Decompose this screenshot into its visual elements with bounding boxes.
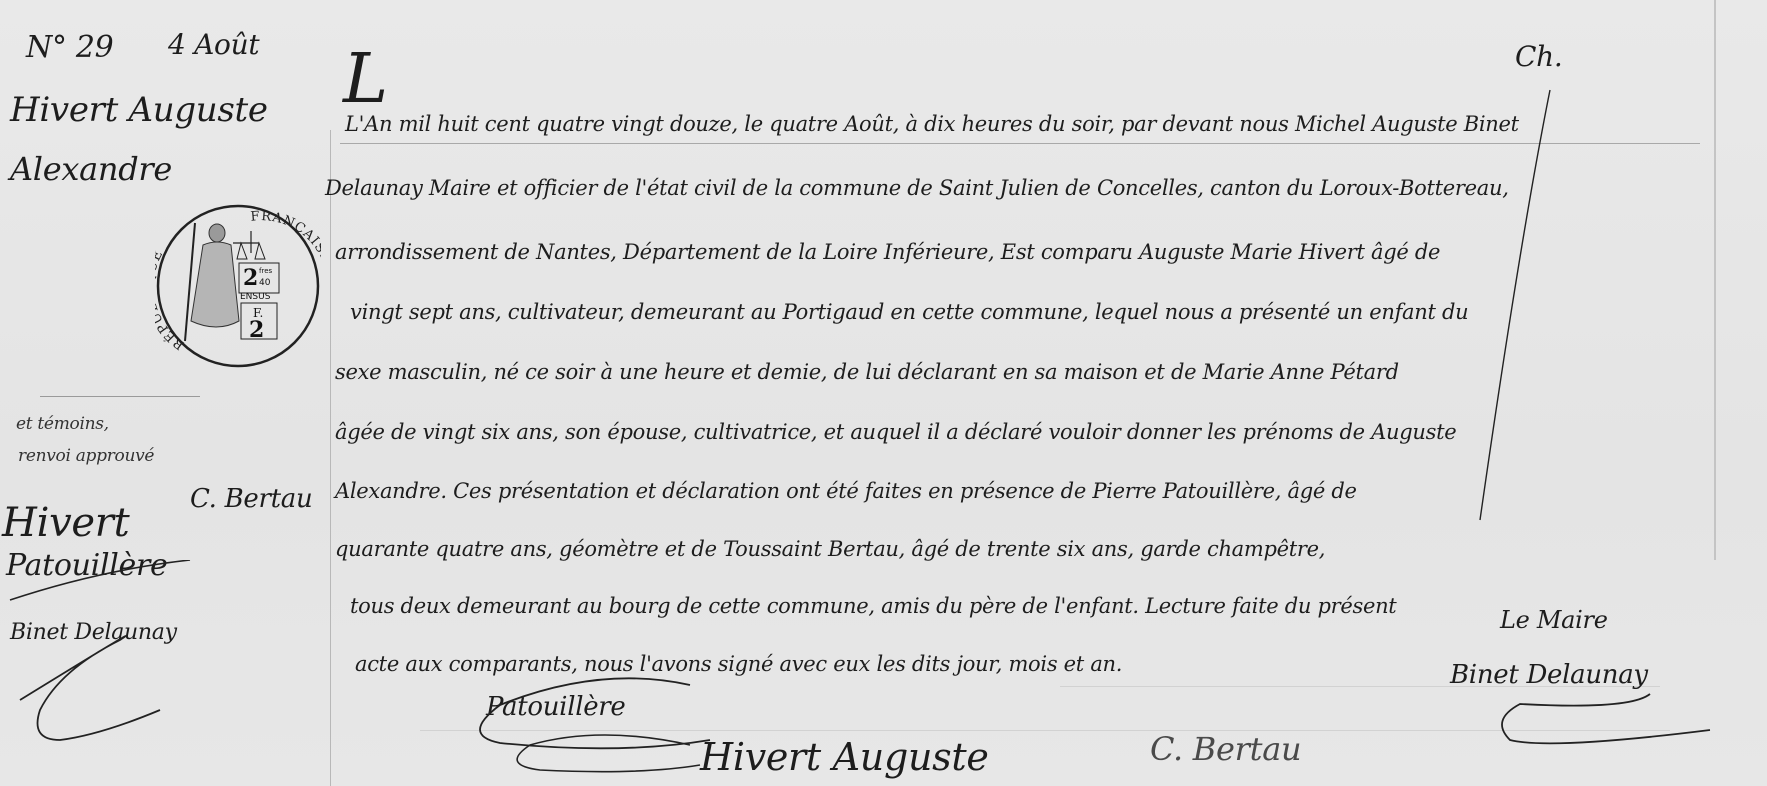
stamp-right-text: FRANÇAISE [250, 209, 321, 266]
signature-patouillere: Patouillère [486, 692, 626, 722]
margin-signature-patouillere: Patouillère [6, 548, 168, 583]
act-line-5: sexe masculin, né ce soir à une heure et… [335, 360, 1399, 384]
act-line-7: Alexandre. Ces présentation et déclarati… [335, 479, 1357, 503]
maire-label: Le Maire [1500, 606, 1608, 634]
act-line-10: acte aux comparants, nous l'avons signé … [355, 652, 1122, 676]
act-line-3: arrondissement de Nantes, Département de… [335, 240, 1440, 264]
margin-signature-bertau: C. Bertau [190, 484, 312, 514]
civil-register-page: N° 29 4 Août Hivert Auguste Alexandre RÉ… [0, 0, 1767, 786]
act-line-1: L'An mil huit cent quatre vingt douze, l… [345, 112, 1519, 136]
margin-signature-hivert: Hivert [2, 500, 129, 546]
margin-note-approved: renvoi approuvé [18, 446, 154, 466]
stamp-value-sup: fres [259, 267, 272, 275]
margin-signature-flourish-icon [0, 560, 200, 750]
entry-date: 4 Août [168, 28, 259, 61]
svg-text:FRANÇAISE: FRANÇAISE [250, 209, 321, 266]
approval-mark: Ch. [1515, 40, 1562, 73]
margin-given-name: Alexandre [10, 150, 172, 188]
signature-c-bertau: C. Bertau [1150, 730, 1301, 768]
stamp-value: 2 [243, 265, 258, 291]
initial-flourish: L [343, 40, 388, 119]
margin-divider [40, 396, 200, 397]
act-line-2: Delaunay Maire et officier de l'état civ… [325, 176, 1509, 200]
entry-number: N° 29 [26, 30, 113, 65]
margin-note-witnesses: et témoins, [16, 414, 109, 434]
act-line-8: quarante quatre ans, géomètre et de Tous… [335, 537, 1325, 561]
signature-binet-delaunay: Binet Delaunay [1450, 660, 1648, 690]
act-line-4: vingt sept ans, cultivateur, demeurant a… [350, 300, 1468, 324]
margin-rule [330, 130, 331, 786]
right-margin-rule [1714, 0, 1716, 560]
stamp-bottom-value: 2 [249, 317, 264, 343]
act-line-6: âgée de vingt six ans, son épouse, culti… [335, 420, 1456, 444]
margin-name: Hivert Auguste [10, 90, 268, 130]
act-line-9: tous deux demeurant au bourg de cette co… [350, 594, 1396, 618]
signature-hivert-auguste: Hivert Auguste [700, 735, 989, 779]
margin-signature-binet: Binet Delaunay [10, 620, 177, 645]
revenue-stamp-icon: RÉPUBLIQUE FRANÇAISE 2 fres 40 ENSUS F. … [155, 203, 321, 369]
ruled-line [420, 730, 1670, 731]
header-rule [340, 143, 1700, 144]
stamp-value-frac: 40 [259, 278, 271, 288]
stamp-label: ENSUS [240, 292, 271, 302]
